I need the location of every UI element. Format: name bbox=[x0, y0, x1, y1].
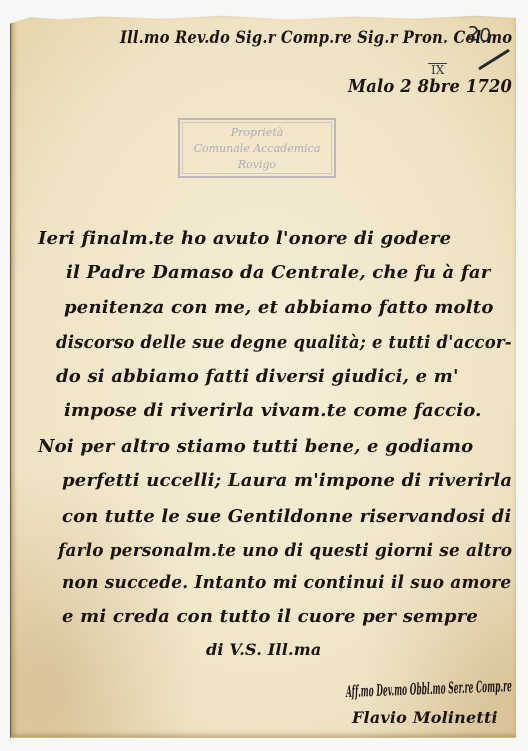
roman-numeral-mark: IX bbox=[428, 63, 447, 77]
body-line: Noi per altro stiamo tutti bene, e godia… bbox=[38, 436, 473, 457]
body-line: il Padre Damaso da Centrale, che fu à fa… bbox=[66, 262, 490, 283]
body-line: e mi creda con tutto il cuore per sempre bbox=[62, 606, 478, 627]
ownership-stamp: Proprietà Comunale Accademica Rovigo bbox=[178, 118, 336, 178]
body-line: Ieri finalm.te ho avuto l'onore di goder… bbox=[38, 228, 451, 249]
body-line: penitenza con me, et abbiamo fatto molto bbox=[64, 297, 494, 318]
body-line: perfetti uccelli; Laura m'impone di rive… bbox=[62, 470, 512, 491]
stamp-line: Comunale Accademica bbox=[180, 141, 334, 157]
stamp-line: Proprietà bbox=[180, 125, 334, 141]
body-line: discorso delle sue degne qualità; e tutt… bbox=[56, 332, 512, 353]
body-line: con tutte le sue Gentildonne riservandos… bbox=[62, 506, 511, 527]
letter-closing: di V.S. Ill.ma bbox=[206, 640, 321, 659]
signature-name: Flavio Molinetti bbox=[352, 708, 498, 727]
letter-address: Ill.mo Rev.do Sig.r Comp.re Sig.r Pron. … bbox=[120, 28, 512, 48]
stamp-line: Rovigo bbox=[180, 157, 334, 173]
body-line: impose di riverirla vivam.te come faccio… bbox=[64, 400, 482, 421]
body-line: do si abbiamo fatti diversi giudici, e m… bbox=[56, 366, 459, 387]
archive-number: 20 bbox=[466, 22, 493, 47]
body-line: non succede. Intanto mi continui il suo … bbox=[62, 572, 511, 593]
letter-date: Malo 2 8bre 1720 bbox=[348, 76, 512, 97]
body-line: farlo personalm.te uno di questi giorni … bbox=[58, 540, 512, 561]
document-page: Ill.mo Rev.do Sig.r Comp.re Sig.r Pron. … bbox=[0, 0, 528, 751]
